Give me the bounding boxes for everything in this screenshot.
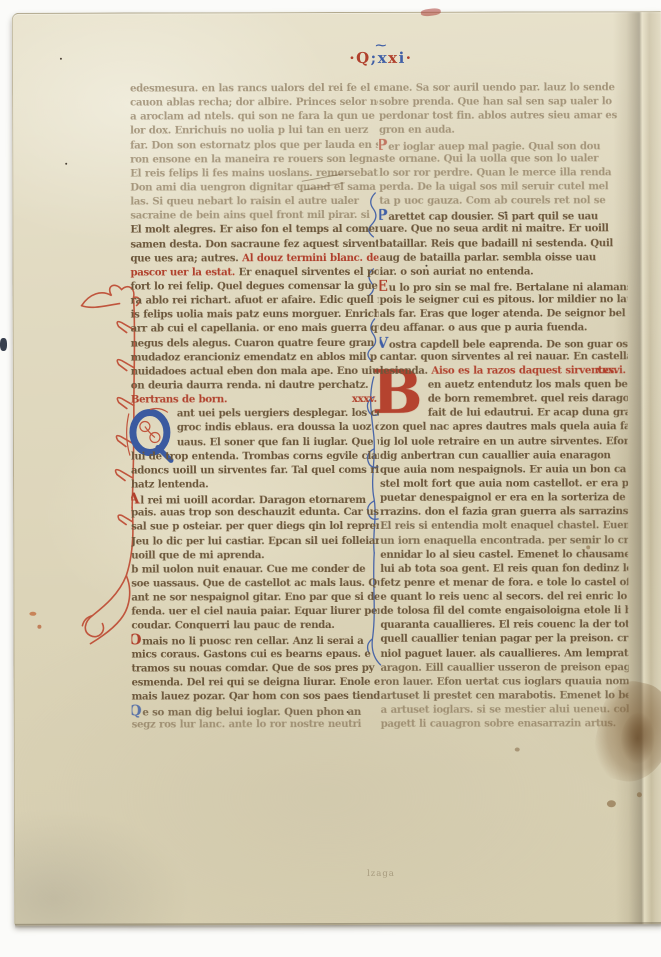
initial-letter: Q (132, 703, 142, 718)
text-segment: l rei mi uoill acordar. Daragon etornare… (140, 494, 365, 506)
text-segment: b mil uolon nuit enauar. Cue me conder d… (131, 563, 365, 576)
manuscript-line: b mil uolon nuit enauar. Cue me conder d… (131, 562, 379, 577)
text-segment: ig lol uole retraire en un autre sirvent… (380, 435, 628, 448)
text-segment: a artuset ioglars. si se mestier alui ue… (381, 703, 629, 716)
text-segment: un iorn enaquella encontrada. per semir … (380, 534, 628, 547)
text-segment: sacraine de bein ains quel front mil pir… (130, 209, 369, 222)
speck (65, 163, 67, 165)
manuscript-line: arr ab cui el capellania. or eno mais gu… (131, 321, 379, 336)
manuscript-line: coudar. Conquerri lau pauc de renda. (131, 618, 379, 633)
manuscript-line: uare. Que no seua ardit ni maitre. Er uo… (379, 222, 627, 237)
manuscript-line: Eu lo pro sin se mal fre. Bertalane ni a… (380, 278, 628, 293)
manuscript-line: ra ablo rei richart. afuot er afaire. Ed… (131, 293, 379, 308)
text-segment: dig anbertran cun cauallier auia enarago… (380, 449, 611, 462)
text-segment: gron en auda. (379, 124, 454, 136)
text-segment: uare. Que no seua ardit ni maitre. Er uo… (379, 223, 608, 236)
text-segment: sal sue p osteiar. per quer diegs qin lo… (131, 520, 379, 533)
manuscript-line: fait de lui edautrui. Er acap duna gran … (380, 405, 628, 420)
manuscript-line: groc indis eblaus. era doussa la uoz del… (131, 420, 379, 435)
text-segment: e quant lo reis uenc al secors. del rei … (380, 590, 628, 603)
text-segment: quaranta cauallieres. El reis couenc la … (380, 618, 628, 631)
stain-spot (607, 800, 616, 807)
manuscript-line: fenda. uer el ciel nauia paiar. Equar li… (131, 604, 379, 619)
manuscript-line: Qe so man dig belui ioglar. Quen phon an (132, 703, 380, 718)
text-segment: puetar denespaignol er era en la sorteri… (380, 491, 628, 504)
text-segment: on deuria daurra renda. ni dautre percha… (131, 379, 368, 392)
text-segment: uoill que de mi aprenda. (131, 549, 264, 561)
manuscript-line: El reis si entendia molt enaquel chastel… (380, 519, 628, 534)
manuscript-line: on deuria daurra renda. ni dautre percha… (131, 378, 379, 393)
text-segment: perda. De la uigal sos mil seruir cutel … (379, 180, 608, 193)
manuscript-line: mics coraus. Gastons cui es bearns epaus… (131, 647, 379, 662)
text-segment: que ues ara; autres. (130, 252, 242, 264)
text-segment: Jeu lo dic per lui castiar. Epcan sil ue… (131, 534, 379, 547)
text-segment: lo sor ror perdre. Quan le merce illa re… (379, 166, 611, 179)
manuscript-line: a artuset ioglars. si se mestier alui ue… (381, 702, 629, 717)
text-segment: edesmesura. en las rancs ualors del rei … (130, 82, 378, 95)
manuscript-line: sobre prenda. Que han sal sen sap ualer … (379, 94, 627, 109)
quire-number-segment: x (378, 49, 389, 67)
manuscript-line: que ues ara; autres. Al douz termini bla… (130, 251, 378, 266)
manuscript-line: aug de batailla parlar. sembla oisse uau (379, 250, 627, 265)
text-segment: stel molt fort que auia nom castellot. e… (380, 477, 628, 490)
text-segment: aug de batailla parlar. sembla oisse uau (379, 251, 595, 264)
manuscript-line: lui de trop entenda. Trombas corns egvil… (131, 449, 379, 464)
text-segment: lesienda. (380, 365, 432, 377)
rubric-text: Al douz termini blanc. del (242, 252, 378, 264)
manuscript-line: Per ioglar auep mal pagie. Qual son dou (379, 137, 627, 152)
text-segment: de tolosa fil del comte engaisoloigna et… (380, 604, 628, 617)
manuscript-line: Omais no li puosc ren cellar. Anz li ser… (131, 632, 379, 647)
text-segment: cauon ablas recha; dor albire. Princes s… (130, 96, 378, 109)
manuscript-line: als far. Eras que loger atenda. De seign… (380, 306, 628, 321)
manuscript-line: ste ornane. Qui la uolla que son lo uale… (379, 151, 627, 166)
text-segment: soe uassaus. Que de castellot ac mals la… (131, 577, 379, 590)
manuscript-line: puetar denespaignol er era en la sorteri… (380, 490, 628, 505)
manuscript-line: adoncs uoill un sirventes far. Tal quel … (131, 463, 379, 478)
manuscript-line: lor dox. Enrichuis no uolia p lui tan en… (130, 123, 378, 138)
manuscript-line: de born remembret. quel reis daragon aui… (380, 391, 628, 406)
text-segment: als far. Eras que loger atenda. De seign… (380, 307, 626, 320)
manuscript-line: fort lo rei felip. Quel degues comensar … (131, 279, 379, 294)
manuscript-line: de tolosa fil del comte engaisoloigna et… (380, 603, 628, 618)
manuscript-line: aragon. Eill cauallier usseron de preiso… (381, 660, 629, 675)
quire-number-segment: · (406, 49, 413, 67)
manuscript-line: far. Don son estornatz plos que per laud… (130, 137, 378, 152)
manuscript-line: sacraine de bein ains quel front mil pir… (130, 208, 378, 223)
manuscript-line: Bertrans de born.xxxv. (131, 392, 379, 407)
manuscript-line: lui ab tota soa gent. El reis quan fon d… (380, 561, 628, 576)
text-segment: uaus. El soner que fan li iuglar. Que ui… (177, 435, 379, 448)
text-segment: ra ablo rei richart. afuot er afaire. Ed… (131, 294, 379, 307)
manuscript-line: nuidadoes actual eben don mala ape. Eno … (131, 364, 379, 379)
text-segment: pagett li cauagron sobre enasarrazin art… (381, 718, 616, 731)
text-segment: ta p uoc gauza. Com ab courels ret nol s… (379, 194, 605, 207)
text-segment: lui ab tota soa gent. El reis quan fon d… (380, 562, 628, 575)
manuscript-line: perdonar tost fin. ablos autres sieu ama… (379, 109, 627, 124)
manuscript-line: cantar. quon sirventes al rei nauar. En … (380, 349, 628, 364)
manuscript-line: artuset li prestet cen marabotis. Emenet… (381, 688, 629, 703)
text-segment: fait de lui edautrui. Er acap duna gran … (428, 406, 628, 419)
text-segment: nuidadoes actual eben don mala ape. Eno … (131, 365, 379, 378)
initial-letter: A (131, 491, 139, 506)
speck (504, 212, 506, 214)
text-segment: que auia nom nespaignols. Er auia un bon… (380, 463, 626, 476)
text-segment: segz ros lur lanc. ante lo ror nostre ne… (132, 718, 361, 731)
manuscript-line: tramos su nouas comdar. Que de sos pres … (132, 661, 380, 676)
text-segment: mane. Sa sor auril uendo par. lauz lo se… (379, 81, 615, 94)
scan-edge-mark (0, 338, 7, 351)
manuscript-line: un iorn enaquella encontrada. per semir … (380, 533, 628, 548)
manuscript-line: pascor uer la estat. Er enaquel sirvente… (130, 265, 378, 280)
text-segment: niol paguet lauer. als cauallieres. Am l… (380, 647, 628, 660)
text-segment: en auetz entendutz los mals quen bertran… (428, 378, 628, 391)
text-segment: coudar. Conquerri lau pauc de renda. (131, 619, 334, 632)
manuscript-line: niol paguet lauer. als cauallieres. Am l… (380, 646, 628, 661)
text-segment: El reis si entendia molt enaquel chastel… (380, 520, 628, 533)
page-fold-edge (613, 12, 661, 924)
text-segment: iar. o son auriat no entenda. (379, 265, 533, 277)
manuscript-line: que auia nom nespaignols. Er auia un bon… (380, 462, 628, 477)
rubric-text: pascor uer la estat. (130, 266, 238, 278)
rubric-text: Bertrans de born. (131, 393, 227, 405)
speck (60, 58, 62, 60)
quire-number-segment: x (388, 49, 399, 67)
text-segment: quell cauallier tenian pagar per la prei… (380, 633, 628, 646)
text-segment: las. Si queu nebart lo raisin el autre u… (130, 195, 358, 208)
manuscript-line: pais. auas trop son deschauzit edunta. C… (131, 505, 379, 520)
manuscript-line: ig lol uole retraire en un autre sirvent… (380, 434, 628, 449)
faint-inscription: lzaga (367, 869, 395, 879)
text-segment: lui de trop entenda. Trombas corns egvil… (131, 450, 379, 463)
text-segment: mics coraus. Gastons cui es bearns epaus… (131, 648, 370, 661)
text-segment: a aroclam ad ntels. qui son ne fara la q… (130, 110, 375, 123)
initial-letter: V (380, 335, 388, 350)
manuscript-line: stel molt fort que auia nom castellot. e… (380, 476, 628, 491)
rubric-number: xxxv. (352, 392, 377, 406)
text-segment: is felips uolia mais patz euns morguer. … (131, 308, 379, 321)
text-segment: fenda. uer el ciel nauia paiar. Equar li… (131, 605, 379, 618)
text-segment: far. Don son estornatz plos que per laud… (130, 138, 378, 151)
text-segment: cantar. quon sirventes al rei nauar. En … (380, 350, 628, 363)
text-segment: El molt alegres. Er aiso fon el temps al… (130, 223, 378, 236)
manuscript-line: a aroclam ad ntels. qui son ne fara la q… (130, 109, 378, 124)
text-segment: arr ab cui el capellania. or eno mais gu… (131, 322, 379, 335)
manuscript-line: Jeu lo dic per lui castiar. Epcan sil ue… (131, 533, 379, 548)
text-segment: pais. auas trop son deschauzit edunta. C… (131, 506, 379, 519)
manuscript-scan: { "header": { "tilde": "⁓", "segments": … (0, 0, 661, 957)
manuscript-line: ta p uoc gauza. Com ab courels ret nol s… (379, 193, 627, 208)
initial-letter: O (131, 632, 141, 647)
manuscript-line: gron en auda. (379, 123, 627, 138)
manuscript-line: mudadoz erancioniz emendatz en ablos mil… (131, 350, 379, 365)
manuscript-line: segz ros lur lanc. ante lo ror nostre ne… (132, 717, 380, 732)
manuscript-line: Vostra capdell bele eaprenda. De son gua… (380, 335, 628, 350)
manuscript-line: lesienda. Aiso es la razos daquest sirve… (380, 363, 628, 378)
manuscript-line: ennidar lo al sieu castel. Emenet lo cha… (380, 547, 628, 562)
stain-spot (637, 792, 642, 797)
initial-letter: P (379, 137, 387, 152)
manuscript-line: pagett li cauagron sobre enasarrazin art… (381, 717, 629, 732)
text-segment: hatz lentenda. (131, 478, 208, 490)
manuscript-line: uaus. El soner que fan li iuglar. Que ui… (131, 434, 379, 449)
pigment-speck (37, 625, 41, 629)
rubric-text: Aiso es la razos daquest sirventes. (431, 364, 617, 376)
manuscript-line: Parettet cap dousier. Si part quil se ua… (379, 208, 627, 223)
text-segment: pois le seigner cui es pitous. lor mildi… (380, 293, 628, 306)
text-segment: esmenda. Del rei qui se deigna liurar. E… (132, 676, 380, 689)
text-segment: negus dels alegus. Cuaron quatre feure g… (131, 336, 374, 349)
manuscript-line: rrazins. don el fazia gran guerra als sa… (380, 504, 628, 519)
manuscript-line: en auetz entendutz los mals quen bertran… (380, 377, 628, 392)
text-segment: sobre prenda. Que han sal sen sap ualer … (379, 95, 612, 108)
text-segment: ant uei pels uergiers desplegar. los cen… (177, 407, 379, 420)
manuscript-line: Al rei mi uoill acordar. Daragon etornar… (131, 491, 379, 506)
manuscript-line: cauon ablas recha; dor albire. Princes s… (130, 95, 378, 110)
manuscript-line: esmenda. Del rei qui se deigna liurar. E… (132, 675, 380, 690)
quire-header: ⁓ ·Q;xxi· (311, 43, 451, 67)
quire-number: ·Q;xxi· (349, 49, 412, 67)
text-segment: zon quel nac apres dautres mals quela au… (380, 421, 628, 434)
text-segment: groc indis eblaus. era doussa la uoz del… (177, 421, 379, 434)
text-segment: lor dox. Enrichuis no uolia p lui tan en… (130, 124, 368, 137)
manuscript-line: ron lauer. Efon uertat cus ioglars quaui… (381, 674, 629, 689)
manuscript-line: soe uassaus. Que de castellot ac mals la… (131, 576, 379, 591)
manuscript-line: uoill que de mi aprenda. (131, 548, 379, 563)
speck (347, 711, 349, 713)
text-segment: mais no li puosc ren cellar. Anz li sera… (142, 635, 363, 647)
text-segment: mais lauez pozar. Qar hom con sos paes t… (132, 690, 380, 703)
manuscript-line: sal sue p osteiar. per quer diegs qin lo… (131, 519, 379, 534)
text-segment: arettet cap dousier. Si part quil se uau (388, 211, 598, 223)
manuscript-line: mane. Sa sor auril uendo par. lauz lo se… (379, 80, 627, 95)
manuscript-line: iar. o son auriat no entenda. (379, 264, 627, 279)
manuscript-line: El molt alegres. Er aiso fon el temps al… (130, 222, 378, 237)
text-segment: ostra capdell bele eaprenda. De son guar… (389, 338, 628, 350)
manuscript-line: pois le seigner cui es pitous. lor mildi… (380, 292, 628, 307)
text-segment: perdonar tost fin. ablos autres sieu ama… (379, 110, 617, 123)
parchment-page: ⁓ ·Q;xxi· (12, 11, 661, 926)
manuscript-line: negus dels alegus. Cuaron quatre feure g… (131, 335, 379, 350)
manuscript-line: quaranta cauallieres. El reis couenc la … (380, 618, 628, 633)
text-segment: mudadoz erancioniz emendatz en ablos mil… (131, 351, 377, 364)
quire-number-segment: Q (356, 49, 371, 67)
text-segment: tramos su nouas comdar. Que de sos pres … (132, 662, 375, 675)
manuscript-line: lo sor ror perdre. Quan le merce illa re… (379, 165, 627, 180)
text-segment: Er enaquel sirventes el pois (239, 266, 379, 278)
manuscript-line: bataillar. Reis que badaill ni sestenda.… (379, 236, 627, 251)
text-segment: ant ne sor nespaignol gitar. Eno par que… (131, 591, 379, 604)
manuscript-line: samen desta. Don sacraune fez aquest sir… (130, 236, 378, 251)
manuscript-line: deu affanar. o aus que p auria fuenda. (380, 321, 628, 336)
text-column-right: mane. Sa sor auril uendo par. lauz lo se… (379, 80, 629, 731)
text-segment: er ioglar auep mal pagie. Qual son dou (388, 140, 600, 152)
pigment-speck (29, 612, 36, 616)
text-segment: ron lauer. Efon uertat cus ioglars quaui… (381, 675, 629, 688)
initial-letter: E (380, 278, 388, 293)
text-segment: fort lo rei felip. Quel degues comensar … (131, 280, 378, 293)
speck (425, 265, 427, 267)
manuscript-line: quell cauallier tenian pagar per la prei… (380, 632, 628, 647)
manuscript-line: las. Si queu nebart lo raisin el autre u… (130, 194, 378, 209)
manuscript-line: ron ensone en la maneira re rouers son l… (130, 152, 378, 167)
text-segment: adoncs uoill un sirventes far. Tal quel … (131, 464, 379, 477)
text-segment: aragon. Eill cauallier usseron de preiso… (381, 661, 629, 674)
text-segment: fetz penre et menar de fora. e tole lo c… (380, 576, 628, 589)
text-segment: deu affanar. o aus que p auria fuenda. (380, 322, 587, 335)
manuscript-line: ant uei pels uergiers desplegar. los cen… (131, 406, 379, 421)
text-segment: e so man dig belui ioglar. Quen phon an (142, 706, 361, 718)
manuscript-line: is felips uolia mais patz euns morguer. … (131, 307, 379, 322)
text-segment: de born remembret. quel reis daragon aui… (428, 392, 628, 405)
manuscript-line: zon quel nac apres dautres mals quela au… (380, 420, 628, 435)
text-segment: samen desta. Don sacraune fez aquest sir… (130, 237, 378, 250)
quire-number-segment: ; (371, 49, 378, 67)
text-segment: u lo pro sin se mal fre. Bertalane ni al… (389, 281, 628, 293)
text-segment: ron ensone en la maneira re rouers son l… (130, 153, 378, 166)
manuscript-line: perda. De la uigal sos mil seruir cutel … (379, 179, 627, 194)
manuscript-line: hatz lentenda. (131, 477, 379, 492)
text-segment: rrazins. don el fazia gran guerra als sa… (380, 505, 628, 518)
manuscript-line: mais lauez pozar. Qar hom con sos paes t… (132, 689, 380, 704)
text-segment: bataillar. Reis que badaill ni sestenda.… (379, 237, 613, 250)
manuscript-line: dig anbertran cun cauallier auia enarago… (380, 448, 628, 463)
text-segment: artuset li prestet cen marabotis. Emenet… (381, 689, 629, 702)
manuscript-line: ant ne sor nespaignol gitar. Eno par que… (131, 590, 379, 605)
text-segment: ste ornane. Qui la uolla que son lo uale… (379, 152, 598, 165)
text-segment: ennidar lo al sieu castel. Emenet lo cha… (380, 548, 628, 561)
red-smear (420, 8, 441, 17)
stain-spot (586, 545, 590, 549)
manuscript-line: e quant lo reis uenc al secors. del rei … (380, 589, 628, 604)
quire-number-segment: i (399, 49, 406, 67)
manuscript-line: fetz penre et menar de fora. e tole lo c… (380, 575, 628, 590)
stain-spot (515, 748, 520, 752)
manuscript-line: edesmesura. en las rancs ualors del rei … (130, 81, 378, 96)
initial-letter: P (379, 208, 387, 223)
